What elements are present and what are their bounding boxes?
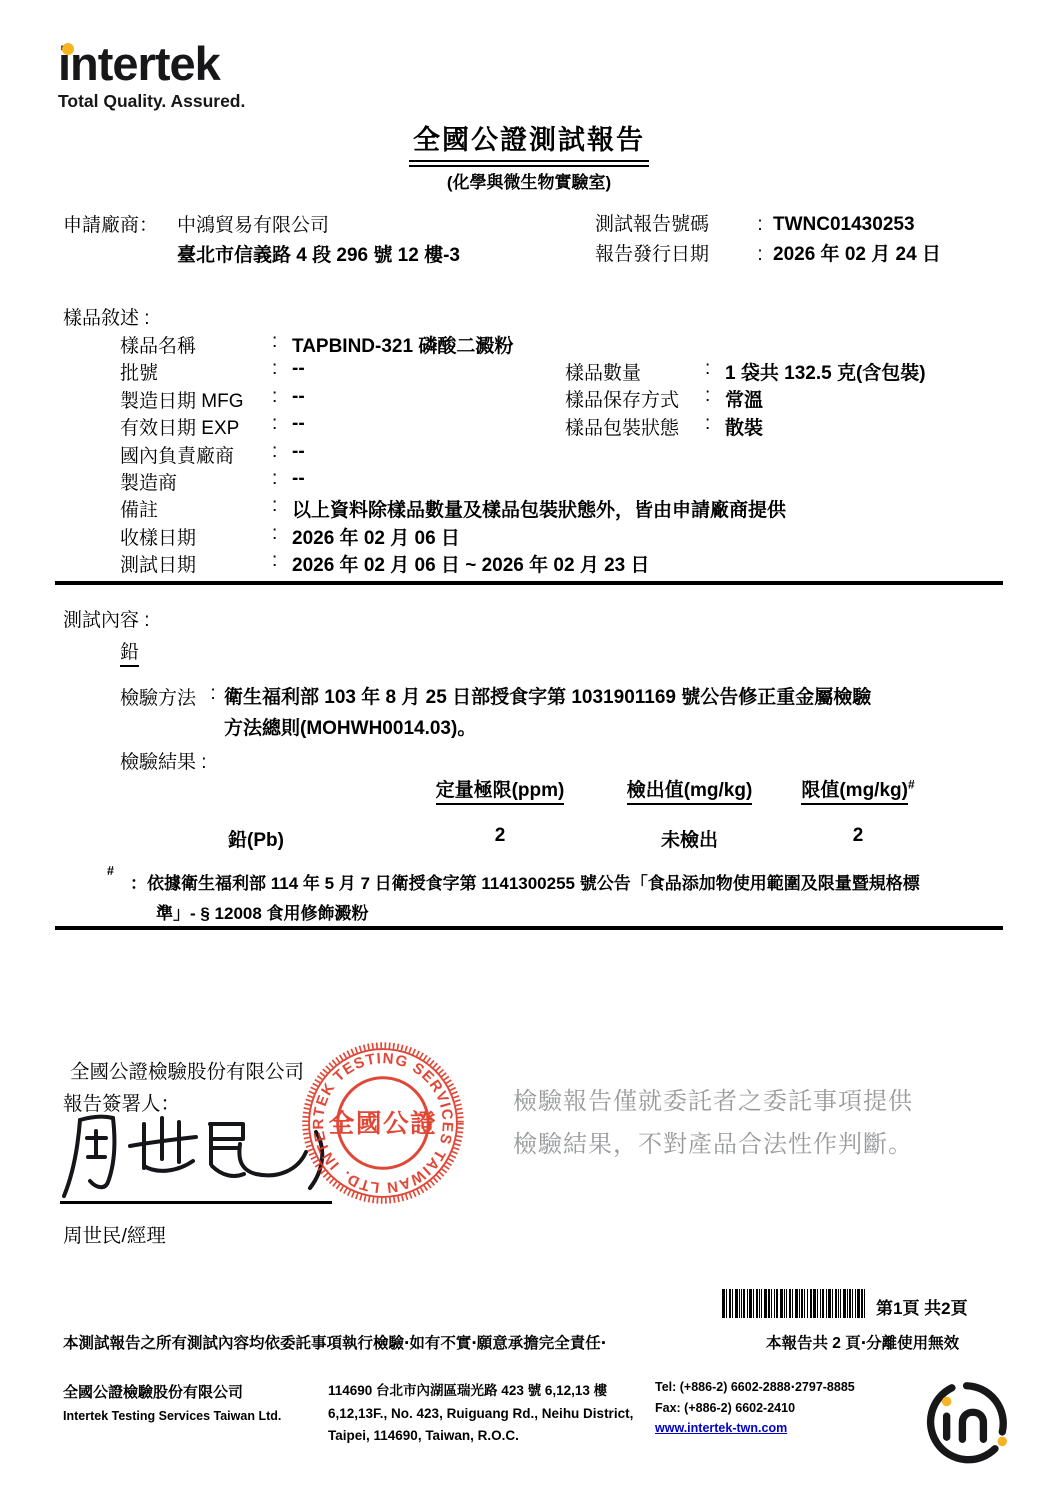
colon: : bbox=[272, 523, 292, 545]
footer-fax: Fax: (+886-2) 6602-2410 bbox=[655, 1398, 855, 1419]
issue-date-value: 2026 年 02 月 24 日 bbox=[773, 240, 941, 270]
signing-company: 全國公證檢驗股份有限公司 bbox=[70, 1056, 304, 1084]
sample-value: TAPBIND-321 磷酸二澱粉 bbox=[292, 331, 513, 358]
report-page: intertek Total Quality. Assured. 全國公證測試報… bbox=[0, 0, 1058, 1497]
applicant-label: 申請廠商： bbox=[63, 210, 177, 237]
sample-row: 國內負責廠商:-- bbox=[120, 441, 786, 468]
intertek-tagline: Total Quality. Assured. bbox=[58, 91, 245, 112]
sample-section-title: 樣品敘述 : bbox=[63, 303, 150, 330]
footer-tel: Tel: (+886-2) 6602-2888‧2797-8885 bbox=[655, 1377, 855, 1398]
footnote-line1: ：依據衛生福利部 114 年 5 月 7 日衛授食字第 1141300255 號… bbox=[130, 869, 1010, 899]
footer-website-link[interactable]: www.intertek-twn.com bbox=[655, 1418, 855, 1439]
sample-label: 有效日期 EXP bbox=[120, 413, 272, 440]
test-section-title: 測試內容 : bbox=[63, 605, 150, 632]
colon: : bbox=[705, 385, 725, 407]
test-analyte-listed: 鉛 bbox=[120, 637, 139, 667]
colon: : bbox=[272, 413, 292, 435]
sample-value: 常溫 bbox=[725, 385, 763, 412]
applicant-row: 申請廠商： 中鴻貿易有限公司 bbox=[63, 210, 329, 237]
table-cell-limit: 2 bbox=[778, 825, 938, 847]
limit-footnote-marker: # bbox=[908, 778, 915, 792]
sample-label: 測試日期 bbox=[120, 550, 272, 577]
sample-row: 樣品名稱:TAPBIND-321 磷酸二澱粉 bbox=[120, 331, 786, 358]
method-label: 檢驗方法 bbox=[120, 683, 202, 744]
sample-label: 樣品數量 bbox=[565, 358, 705, 385]
document-subtitle: (化學與微生物實驗室) bbox=[447, 173, 611, 192]
colon: : bbox=[272, 386, 292, 408]
sample-row: 製造商:-- bbox=[120, 468, 786, 495]
result-section-label: 檢驗結果 : bbox=[120, 747, 207, 774]
table-header-limit: 限值(mg/kg)# bbox=[778, 775, 938, 802]
title-wrap: 全國公證測試報告 bbox=[0, 118, 1058, 167]
colon: : bbox=[272, 358, 292, 380]
sample-label: 樣品包裝狀態 bbox=[565, 413, 705, 440]
disclaimer-line1: 檢驗報告僅就委託者之委託事項提供 bbox=[513, 1080, 913, 1123]
sample-value: -- bbox=[292, 358, 305, 380]
sample-value: -- bbox=[292, 441, 305, 463]
footnote-line2: 準」- § 12008 食用修飾澱粉 bbox=[130, 899, 1010, 929]
handwritten-signature bbox=[60, 1104, 340, 1204]
footer-company: 全國公證檢驗股份有限公司 Intertek Testing Services T… bbox=[63, 1381, 281, 1423]
section-divider bbox=[55, 581, 1003, 585]
sample-label: 製造商 bbox=[120, 468, 272, 495]
sample-value: -- bbox=[292, 386, 305, 408]
sample-row: 樣品保存方式:常溫 bbox=[565, 385, 926, 412]
colon: : bbox=[272, 441, 292, 463]
section-divider bbox=[55, 926, 1003, 930]
barcode bbox=[722, 1289, 865, 1318]
report-meta: 測試報告號碼 : TWNC01430253 報告發行日期 : 2026 年 02… bbox=[595, 210, 941, 270]
footer-contact: Tel: (+886-2) 6602-2888‧2797-8885 Fax: (… bbox=[655, 1377, 855, 1439]
sample-rows-right: 樣品數量:1 袋共 132.5 克(含包裝) 樣品保存方式:常溫 樣品包裝狀態:… bbox=[565, 358, 926, 440]
report-number-label: 測試報告號碼 bbox=[595, 210, 747, 240]
signature-line bbox=[60, 1201, 332, 1204]
colon: : bbox=[272, 550, 292, 572]
issue-date-row: 報告發行日期 : 2026 年 02 月 24 日 bbox=[595, 240, 941, 270]
method-line2: 方法總則(MOHWH0014.03)。 bbox=[224, 718, 476, 739]
sample-value: 2026 年 02 月 06 日 bbox=[292, 523, 460, 550]
colon: : bbox=[747, 240, 773, 270]
colon: : bbox=[272, 495, 292, 517]
sample-value: 散裝 bbox=[725, 413, 763, 440]
colon: : bbox=[272, 331, 292, 353]
issue-date-label: 報告發行日期 bbox=[595, 240, 747, 270]
intertek-yellow-dot-icon bbox=[62, 43, 74, 55]
report-number-row: 測試報告號碼 : TWNC01430253 bbox=[595, 210, 941, 240]
document-title: 全國公證測試報告 bbox=[409, 118, 649, 167]
method-line1: 衛生福利部 103 年 8 月 25 日部授食字第 1031901169 號公告… bbox=[224, 687, 871, 708]
table-header-result: 檢出值(mg/kg) bbox=[612, 775, 767, 802]
report-number-value: TWNC01430253 bbox=[773, 210, 915, 240]
sample-label: 備註 bbox=[120, 495, 272, 522]
sample-value: 以上資料除樣品數量及樣品包裝狀態外，皆由申請廠商提供 bbox=[292, 495, 786, 522]
applicant-name: 中鴻貿易有限公司 bbox=[177, 210, 329, 237]
intertek-logo: intertek Total Quality. Assured. bbox=[58, 40, 245, 112]
footnote: ：依據衛生福利部 114 年 5 月 7 日衛授食字第 1141300255 號… bbox=[130, 869, 1010, 928]
sample-row: 備註:以上資料除樣品數量及樣品包裝狀態外，皆由申請廠商提供 bbox=[120, 495, 786, 522]
intertek-wordmark-text: intertek bbox=[58, 37, 220, 90]
footer-address: 114690 台北市內湖區瑞光路 423 號 6,12,13 樓 6,12,13… bbox=[328, 1380, 633, 1448]
intertek-wordmark: intertek bbox=[58, 40, 220, 87]
table-header-loq: 定量極限(ppm) bbox=[420, 775, 580, 802]
sample-row: 測試日期:2026 年 02 月 06 日 ~ 2026 年 02 月 23 日 bbox=[120, 550, 786, 577]
method-text: 衛生福利部 103 年 8 月 25 日部授食字第 1031901169 號公告… bbox=[224, 683, 924, 744]
sample-label: 樣品名稱 bbox=[120, 331, 272, 358]
colon: : bbox=[705, 413, 725, 435]
footnote-marker: # bbox=[107, 864, 114, 878]
footer-company-en: Intertek Testing Services Taiwan Ltd. bbox=[63, 1409, 281, 1423]
sample-row: 收樣日期:2026 年 02 月 06 日 bbox=[120, 523, 786, 550]
page-info: 第1頁 共2頁 bbox=[876, 1294, 968, 1319]
colon: : bbox=[747, 210, 773, 240]
sample-row: 樣品數量:1 袋共 132.5 克(含包裝) bbox=[565, 358, 926, 385]
sample-label: 國內負責廠商 bbox=[120, 441, 272, 468]
disclaimer-line2: 檢驗結果，不對產品合法性作判斷。 bbox=[513, 1123, 913, 1166]
footer-address-zh: 114690 台北市內湖區瑞光路 423 號 6,12,13 樓 bbox=[328, 1380, 633, 1403]
sample-label: 製造日期 MFG bbox=[120, 386, 272, 413]
pages-note: 本報告共 2 頁‧分離使用無效 bbox=[766, 1331, 959, 1353]
method-row: 檢驗方法 : 衛生福利部 103 年 8 月 25 日部授食字第 1031901… bbox=[120, 683, 924, 744]
sample-label: 收樣日期 bbox=[120, 523, 272, 550]
table-cell-analyte: 鉛(Pb) bbox=[228, 825, 284, 852]
sample-value: 1 袋共 132.5 克(含包裝) bbox=[725, 358, 926, 385]
intertek-in-circle-icon bbox=[912, 1370, 1017, 1475]
signer-name-title: 周世民/經理 bbox=[63, 1220, 166, 1248]
colon: : bbox=[272, 468, 292, 490]
sample-row: 樣品包裝狀態:散裝 bbox=[565, 413, 926, 440]
sample-value: -- bbox=[292, 413, 305, 435]
footer-company-zh: 全國公證檢驗股份有限公司 bbox=[63, 1381, 281, 1402]
sample-value: -- bbox=[292, 468, 305, 490]
company-seal-stamp-icon: INTERTEK TESTING SERVICES TAIWAN LTD. 全國… bbox=[300, 1040, 466, 1206]
seal-center-text: 全國公證 bbox=[329, 1108, 438, 1138]
footer-address-en1: 6,12,13F., No. 423, Ruiguang Rd., Neihu … bbox=[328, 1403, 633, 1426]
colon: : bbox=[202, 683, 224, 744]
sample-value: 2026 年 02 月 06 日 ~ 2026 年 02 月 23 日 bbox=[292, 550, 650, 577]
subtitle-wrap: (化學與微生物實驗室) bbox=[0, 168, 1058, 193]
table-cell-loq: 2 bbox=[420, 825, 580, 847]
applicant-address: 臺北市信義路 4 段 296 號 12 樓-3 bbox=[177, 240, 460, 267]
footer-address-en2: Taipei, 114690, Taiwan, R.O.C. bbox=[328, 1425, 633, 1448]
liability-statement: 本測試報告之所有測試內容均依委託事項執行檢驗‧如有不實‧願意承擔完全責任‧ bbox=[63, 1331, 606, 1353]
colon: : bbox=[705, 358, 725, 380]
disclaimer: 檢驗報告僅就委託者之委託事項提供 檢驗結果，不對產品合法性作判斷。 bbox=[513, 1080, 913, 1166]
sample-label: 批號 bbox=[120, 358, 272, 385]
table-cell-result: 未檢出 bbox=[612, 825, 767, 852]
sample-label: 樣品保存方式 bbox=[565, 385, 705, 412]
